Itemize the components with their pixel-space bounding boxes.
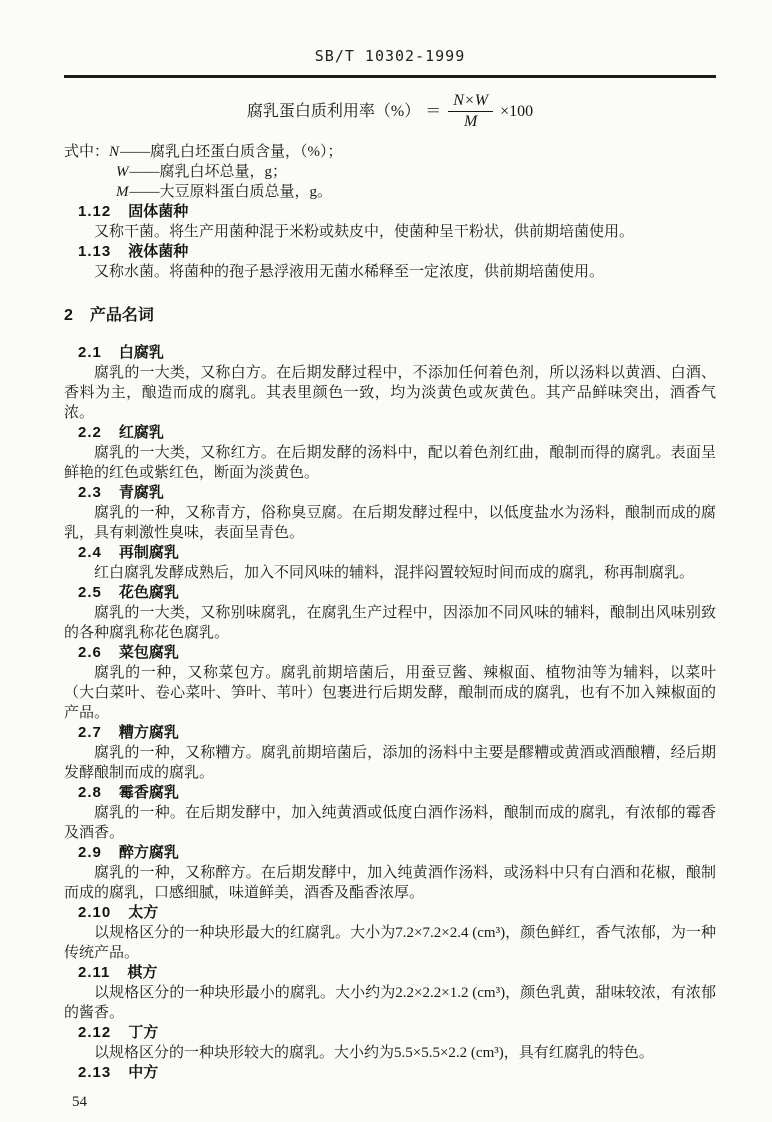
term-title: 固体菌种 <box>128 203 188 220</box>
formula-denominator: M <box>464 112 477 131</box>
document-page: SB/T 10302-1999 腐乳蛋白质利用率（%） ＝ N×W M ×100… <box>0 0 772 1122</box>
term-definition: 腐乳的一种，又称菜包方。腐乳前期培菌后，用蚕豆酱、辣椒面、植物油等为辅料，以菜叶… <box>64 663 716 723</box>
term-number: 2.5 <box>78 584 102 601</box>
formula-multiplier: ×100 <box>500 102 533 122</box>
formula-lhs: 腐乳蛋白质利用率（%） <box>247 102 420 122</box>
term-definition: 腐乳的一种。在后期发酵中，加入纯黄酒或低度白酒作汤料，酿制而成的腐乳，有浓郁的霉… <box>64 803 716 843</box>
term-item-2-12: 2.12丁方 以规格区分的一种块形较大的腐乳。大小约为5.5×5.5×2.2 (… <box>64 1023 716 1063</box>
legend-var-w: W <box>116 164 130 180</box>
term-heading: 2.5花色腐乳 <box>64 583 716 603</box>
term-definition: 以规格区分的一种块形最小的腐乳。大小约为2.2×2.2×1.2 (cm³)，颜色… <box>64 983 716 1023</box>
term-heading: 2.8霉香腐乳 <box>64 783 716 803</box>
term-definition: 又称水菌。将菌种的孢子悬浮液用无菌水稀释至一定浓度，供前期培菌使用。 <box>64 262 716 282</box>
term-number: 2.7 <box>78 724 102 741</box>
term-definition: 腐乳的一大类，又称别味腐乳，在腐乳生产过程中，因添加不同风味的辅料，酿制出风味别… <box>64 603 716 643</box>
term-definition: 又称干菌。将生产用菌种混于米粉或麸皮中，使菌种呈干粉状，供前期培菌使用。 <box>64 222 716 242</box>
term-heading: 2.9醉方腐乳 <box>64 843 716 863</box>
term-item-2-11: 2.11棋方 以规格区分的一种块形最小的腐乳。大小约为2.2×2.2×1.2 (… <box>64 963 716 1023</box>
term-number: 1.12 <box>78 203 111 220</box>
term-heading: 2.4再制腐乳 <box>64 543 716 563</box>
legend-line-w: W——腐乳白坏总量，g； <box>64 162 716 182</box>
term-title: 菜包腐乳 <box>119 644 179 661</box>
legend-intro: 式中： <box>64 144 109 160</box>
term-number: 2.10 <box>78 904 111 921</box>
term-definition: 腐乳的一种，又称醉方。在后期发酵中，加入纯黄酒作汤料，或汤料中只有白酒和花椒，酿… <box>64 863 716 903</box>
term-title: 棋方 <box>127 964 157 981</box>
term-heading: 2.1白腐乳 <box>64 343 716 363</box>
term-definition: 腐乳的一种，又称糟方。腐乳前期培菌后，添加的汤料中主要是醪糟或黄酒或酒酿糟，经后… <box>64 743 716 783</box>
term-item-1-12: 1.12固体菌种 又称干菌。将生产用菌种混于米粉或麸皮中，使菌种呈干粉状，供前期… <box>64 202 716 242</box>
term-heading: 2.11棋方 <box>64 963 716 983</box>
term-definition: 以规格区分的一种块形最大的红腐乳。大小为7.2×7.2×2.4 (cm³)，颜色… <box>64 923 716 963</box>
term-item-2-8: 2.8霉香腐乳 腐乳的一种。在后期发酵中，加入纯黄酒或低度白酒作汤料，酿制而成的… <box>64 783 716 843</box>
term-number: 2.8 <box>78 784 102 801</box>
protein-utilization-formula: 腐乳蛋白质利用率（%） ＝ N×W M ×100 <box>64 92 716 132</box>
term-number: 2.11 <box>78 964 110 981</box>
term-number: 2.13 <box>78 1064 111 1081</box>
legend-var-m: M <box>116 184 130 200</box>
formula-legend: 式中：N——腐乳白坯蛋白质含量，（%）； W——腐乳白坏总量，g； M——大豆原… <box>64 142 716 202</box>
term-title: 中方 <box>128 1064 158 1081</box>
term-heading: 1.12固体菌种 <box>64 202 716 222</box>
legend-var-n: N <box>109 144 120 160</box>
term-title: 花色腐乳 <box>119 584 179 601</box>
legend-line-n: 式中：N——腐乳白坯蛋白质含量，（%）； <box>64 142 716 162</box>
term-item-2-4: 2.4再制腐乳 红白腐乳发酵成熟后，加入不同风味的辅料，混拌闷置较短时间而成的腐… <box>64 543 716 583</box>
term-title: 红腐乳 <box>119 424 164 441</box>
term-item-2-2: 2.2红腐乳 腐乳的一大类，又称红方。在后期发酵的汤料中，配以着色剂红曲，酿制而… <box>64 423 716 483</box>
term-item-2-3: 2.3青腐乳 腐乳的一种，又称青方，俗称臭豆腐。在后期发酵过程中，以低度盐水为汤… <box>64 483 716 543</box>
term-number: 1.13 <box>78 243 111 260</box>
term-definition: 腐乳的一种，又称青方，俗称臭豆腐。在后期发酵过程中，以低度盐水为汤料，酿制而成的… <box>64 503 716 543</box>
legend-text-w: ——腐乳白坏总量，g； <box>130 164 288 180</box>
formula-numerator: N×W <box>448 92 493 112</box>
term-heading: 2.10太方 <box>64 903 716 923</box>
term-item-2-6: 2.6菜包腐乳 腐乳的一种，又称菜包方。腐乳前期培菌后，用蚕豆酱、辣椒面、植物油… <box>64 643 716 723</box>
legend-text-m: ——大豆原料蛋白质总量，g。 <box>130 184 333 200</box>
term-item-2-5: 2.5花色腐乳 腐乳的一大类，又称别味腐乳，在腐乳生产过程中，因添加不同风味的辅… <box>64 583 716 643</box>
term-heading: 2.7糟方腐乳 <box>64 723 716 743</box>
formula-equals-sign: ＝ <box>425 102 441 122</box>
term-title: 液体菌种 <box>128 243 188 260</box>
term-title: 醉方腐乳 <box>119 844 179 861</box>
term-heading: 1.13液体菌种 <box>64 242 716 262</box>
term-title: 太方 <box>128 904 158 921</box>
term-title: 霉香腐乳 <box>119 784 179 801</box>
term-definition: 腐乳的一大类，又称红方。在后期发酵的汤料中，配以着色剂红曲，酿制而得的腐乳。表面… <box>64 443 716 483</box>
term-title: 丁方 <box>128 1024 158 1041</box>
formula-fraction: N×W M <box>448 92 493 132</box>
page-number: 54 <box>64 1092 716 1112</box>
term-item-2-13: 2.13中方 <box>64 1063 716 1083</box>
legend-line-m: M——大豆原料蛋白质总量，g。 <box>64 182 716 202</box>
term-heading: 2.13中方 <box>64 1063 716 1083</box>
chapter-title: 产品名词 <box>90 307 154 324</box>
term-item-1-13: 1.13液体菌种 又称水菌。将菌种的孢子悬浮液用无菌水稀释至一定浓度，供前期培菌… <box>64 242 716 282</box>
term-number: 2.2 <box>78 424 102 441</box>
term-item-2-1: 2.1白腐乳 腐乳的一大类，又称白方。在后期发酵过程中，不添加任何着色剂，所以汤… <box>64 343 716 423</box>
term-heading: 2.12丁方 <box>64 1023 716 1043</box>
term-title: 再制腐乳 <box>119 544 179 561</box>
term-heading: 2.3青腐乳 <box>64 483 716 503</box>
term-item-2-9: 2.9醉方腐乳 腐乳的一种，又称醉方。在后期发酵中，加入纯黄酒作汤料，或汤料中只… <box>64 843 716 903</box>
standard-number: SB/T 10302-1999 <box>64 46 716 66</box>
term-title: 白腐乳 <box>119 344 164 361</box>
term-number: 2.4 <box>78 544 102 561</box>
chapter-heading: 2产品名词 <box>64 306 716 326</box>
term-definition: 以规格区分的一种块形较大的腐乳。大小约为5.5×5.5×2.2 (cm³)，具有… <box>64 1043 716 1063</box>
term-number: 2.3 <box>78 484 102 501</box>
term-number: 2.6 <box>78 644 102 661</box>
term-definition: 腐乳的一大类，又称白方。在后期发酵过程中，不添加任何着色剂，所以汤料以黄酒、白酒… <box>64 363 716 423</box>
header-rule <box>64 75 716 78</box>
term-heading: 2.6菜包腐乳 <box>64 643 716 663</box>
term-item-2-10: 2.10太方 以规格区分的一种块形最大的红腐乳。大小为7.2×7.2×2.4 (… <box>64 903 716 963</box>
term-number: 2.12 <box>78 1024 111 1041</box>
term-heading: 2.2红腐乳 <box>64 423 716 443</box>
term-title: 糟方腐乳 <box>119 724 179 741</box>
term-definition: 红白腐乳发酵成熟后，加入不同风味的辅料，混拌闷置较短时间而成的腐乳，称再制腐乳。 <box>64 563 716 583</box>
term-title: 青腐乳 <box>119 484 164 501</box>
term-item-2-7: 2.7糟方腐乳 腐乳的一种，又称糟方。腐乳前期培菌后，添加的汤料中主要是醪糟或黄… <box>64 723 716 783</box>
term-number: 2.1 <box>78 344 102 361</box>
term-number: 2.9 <box>78 844 102 861</box>
legend-text-n: ——腐乳白坯蛋白质含量，（%）； <box>120 144 343 160</box>
chapter-number: 2 <box>64 307 73 324</box>
